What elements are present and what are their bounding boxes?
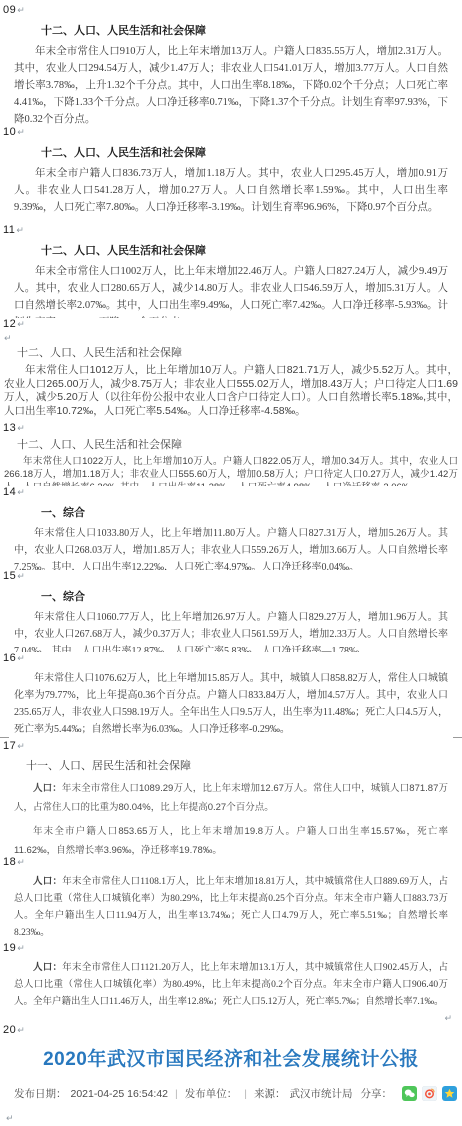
paragraph-number-text: 19 [3, 942, 16, 954]
section-heading: 十二、人口、人民生活和社会保障 [41, 24, 448, 39]
section-12: 12↵ ↵ 十二、人口、人民生活和社会保障 年末常住人口1012万人，比上年增加… [0, 318, 462, 422]
paragraph-number: 19↵ [0, 942, 462, 956]
end-of-document: ↵ [5, 1108, 14, 1126]
section-heading: 十一、人口、居民生活和社会保障 [26, 759, 448, 774]
article-meta-bar: 发布日期：2021-04-25 16:54:42 | 发布单位： | 来源：武汉… [14, 1086, 450, 1101]
section-paragraph: 年末常住人口1033.80万人，比上年增加11.80万人。户籍人口827.31万… [14, 525, 448, 570]
paragraph-lead: 人口： [33, 877, 62, 887]
section-paragraph: 人口：年末全市常住人口1108.1万人，比上年末增加18.81万人，其中城镇常住… [14, 874, 448, 942]
return-mark-icon: ↵ [17, 654, 25, 664]
paragraph-number: 17↵ [0, 740, 462, 754]
publish-unit-label: 发布单位： [185, 1086, 238, 1101]
paragraph-number: 11↵ [0, 224, 462, 238]
section-heading: 一、综合 [41, 506, 448, 521]
section-paragraph: 年末常住人口1076.62万人，比上年增加15.85万人。其中，城镇人口858.… [14, 670, 448, 736]
section-16: 16↵ 年末常住人口1076.62万人，比上年增加15.85万人。其中，城镇人口… [0, 652, 462, 736]
return-mark-icon: ↵ [17, 6, 25, 16]
section-heading: 十二、人口、人民生活和社会保障 [41, 244, 448, 259]
section-heading: 十二、人口、人民生活和社会保障 [41, 146, 448, 161]
section-09: 09↵ 十二、人口、人民生活和社会保障 年末全市常住人口910万人，比上年末增加… [0, 4, 462, 128]
section-17: 17↵ 十一、人口、居民生活和社会保障 人口：年末全市常住人口1089.29万人… [0, 740, 462, 856]
section-heading: 十二、人口、人民生活和社会保障 [17, 346, 458, 360]
article-title: 2020年武汉市国民经济和社会发展统计公报 [0, 1047, 462, 1073]
paragraph-number-text: 11 [3, 224, 15, 236]
source-label: 来源： [254, 1086, 286, 1101]
paragraph-number-text: 15 [3, 570, 16, 582]
section-15: 15↵ 一、综合 年末常住人口1060.77万人，比上年增加26.97万人。户籍… [0, 570, 462, 652]
page-boundary-mark-right [453, 737, 462, 738]
section-paragraph: 年末全市常住人口910万人，比上年末增加13万人。户籍人口835.55万人，增加… [14, 43, 448, 128]
publish-date-label: 发布日期： [14, 1086, 67, 1101]
section-20: 20↵ 2020年武汉市国民经济和社会发展统计公报 发布日期：2021-04-2… [0, 1024, 462, 1114]
source-value: 武汉市统计局 [289, 1086, 352, 1101]
paragraph-number-text: 20 [3, 1024, 16, 1036]
meta-separator: | [175, 1088, 178, 1100]
section-paragraph: 年末常住人口1012万人，比上年增加10万人。户籍人口821.71万人，减少5.… [4, 364, 458, 418]
paragraph-number-text: 17 [3, 740, 16, 752]
return-mark-icon: ↵ [444, 1014, 452, 1024]
share-icons-group [402, 1086, 462, 1101]
return-mark-icon: ↵ [6, 1114, 14, 1124]
paragraph-text: 年末全市常住人口1089.29万人，比上年末增加12.67万人。常住人口中，城镇… [14, 783, 448, 813]
section-paragraph: 年末全市户籍人口836.73万人，增加1.18万人。其中，农业人口295.45万… [14, 165, 448, 216]
paragraph-number: 13↵ [0, 422, 462, 436]
paragraph-number: 12↵ [0, 318, 462, 332]
section-paragraph: 年末常住人口1022万人，比上年增加10万人。户籍人口822.05万人，增加0.… [4, 455, 458, 486]
section-10: 10↵ 十二、人口、人民生活和社会保障 年末全市户籍人口836.73万人，增加1… [0, 126, 462, 224]
paragraph-number-text: 13 [3, 422, 16, 434]
section-paragraph: 人口：年末全市常住人口1089.29万人，比上年末增加12.67万人。常住人口中… [14, 779, 448, 817]
share-label: 分享： [360, 1086, 392, 1101]
paragraph-number-text: 16 [3, 652, 16, 664]
return-mark-icon: ↵ [17, 320, 25, 330]
return-mark-icon: ↵ [17, 858, 25, 868]
page-boundary-mark-left [0, 737, 9, 738]
section-paragraph: 年末常住人口1060.77万人，比上年增加26.97万人。户籍人口829.27万… [14, 609, 448, 652]
paragraph-lead: 人口： [33, 963, 62, 973]
wechat-share-icon[interactable] [402, 1086, 417, 1101]
qzone-share-icon[interactable] [442, 1086, 457, 1101]
section-13: 13↵ 十二、人口、人民生活和社会保障 年末常住人口1022万人，比上年增加10… [0, 422, 462, 486]
weibo-share-icon[interactable] [422, 1086, 437, 1101]
return-mark-icon: ↵ [17, 572, 25, 582]
meta-separator: | [244, 1088, 247, 1100]
paragraph-number-text: 09 [3, 4, 16, 16]
section-paragraph: 人口：年末全市常住人口1121.20万人，比上年末增加13.1万人，其中城镇常住… [14, 960, 448, 1011]
paragraph-number-text: 14 [3, 486, 16, 498]
paragraph-number: 18↵ [0, 856, 462, 870]
section-18: 18↵ 人口：年末全市常住人口1108.1万人，比上年末增加18.81万人，其中… [0, 856, 462, 942]
paragraph-number: 10↵ [0, 126, 462, 140]
publish-date-value: 2021-04-25 16:54:42 [71, 1088, 169, 1100]
paragraph-number: 14↵ [0, 486, 462, 500]
end-of-block: ↵ [0, 1012, 462, 1024]
section-14: 14↵ 一、综合 年末常住人口1033.80万人，比上年增加11.80万人。户籍… [0, 486, 462, 570]
paragraph-number: 15↵ [0, 570, 462, 584]
paragraph-number: 16↵ [0, 652, 462, 666]
return-mark-icon: ↵ [17, 944, 25, 954]
section-19: 19↵ 人口：年末全市常住人口1121.20万人，比上年末增加13.1万人，其中… [0, 942, 462, 1024]
return-mark-icon: ↵ [4, 334, 12, 344]
return-mark-icon: ↵ [17, 488, 25, 498]
paragraph-number-text: 10 [3, 126, 16, 138]
section-heading: 十二、人口、人民生活和社会保障 [17, 438, 458, 452]
paragraph-number-text: 18 [3, 856, 16, 868]
paragraph-lead: 人口： [33, 783, 62, 794]
paragraph-number: 09↵ [0, 4, 462, 18]
section-paragraph: 年末全市户籍人口853.65万人，比上年末增加19.8万人。户籍人口出生率15.… [14, 822, 448, 856]
paragraph-number: 20↵ [0, 1024, 462, 1038]
section-heading: 一、综合 [41, 590, 448, 605]
paragraph-number-text: 12 [3, 318, 16, 330]
return-mark-icon: ↵ [17, 1026, 25, 1036]
paragraph-text: 年末全市常住人口1121.20万人，比上年末增加13.1万人，其中城镇常住人口9… [14, 963, 448, 1007]
return-mark-icon: ↵ [16, 226, 24, 236]
empty-line: ↵ [0, 332, 462, 344]
paragraph-text: 年末全市常住人口1108.1万人，比上年末增加18.81万人，其中城镇常住人口8… [14, 877, 448, 938]
section-11: 11↵ 十二、人口、人民生活和社会保障 年末全市常住人口1002万人，比上年末增… [0, 224, 462, 318]
return-mark-icon: ↵ [17, 128, 25, 138]
return-mark-icon: ↵ [17, 424, 25, 434]
return-mark-icon: ↵ [17, 742, 25, 752]
section-paragraph: 年末全市常住人口1002万人，比上年末增加22.46万人。户籍人口827.24万… [14, 263, 448, 318]
